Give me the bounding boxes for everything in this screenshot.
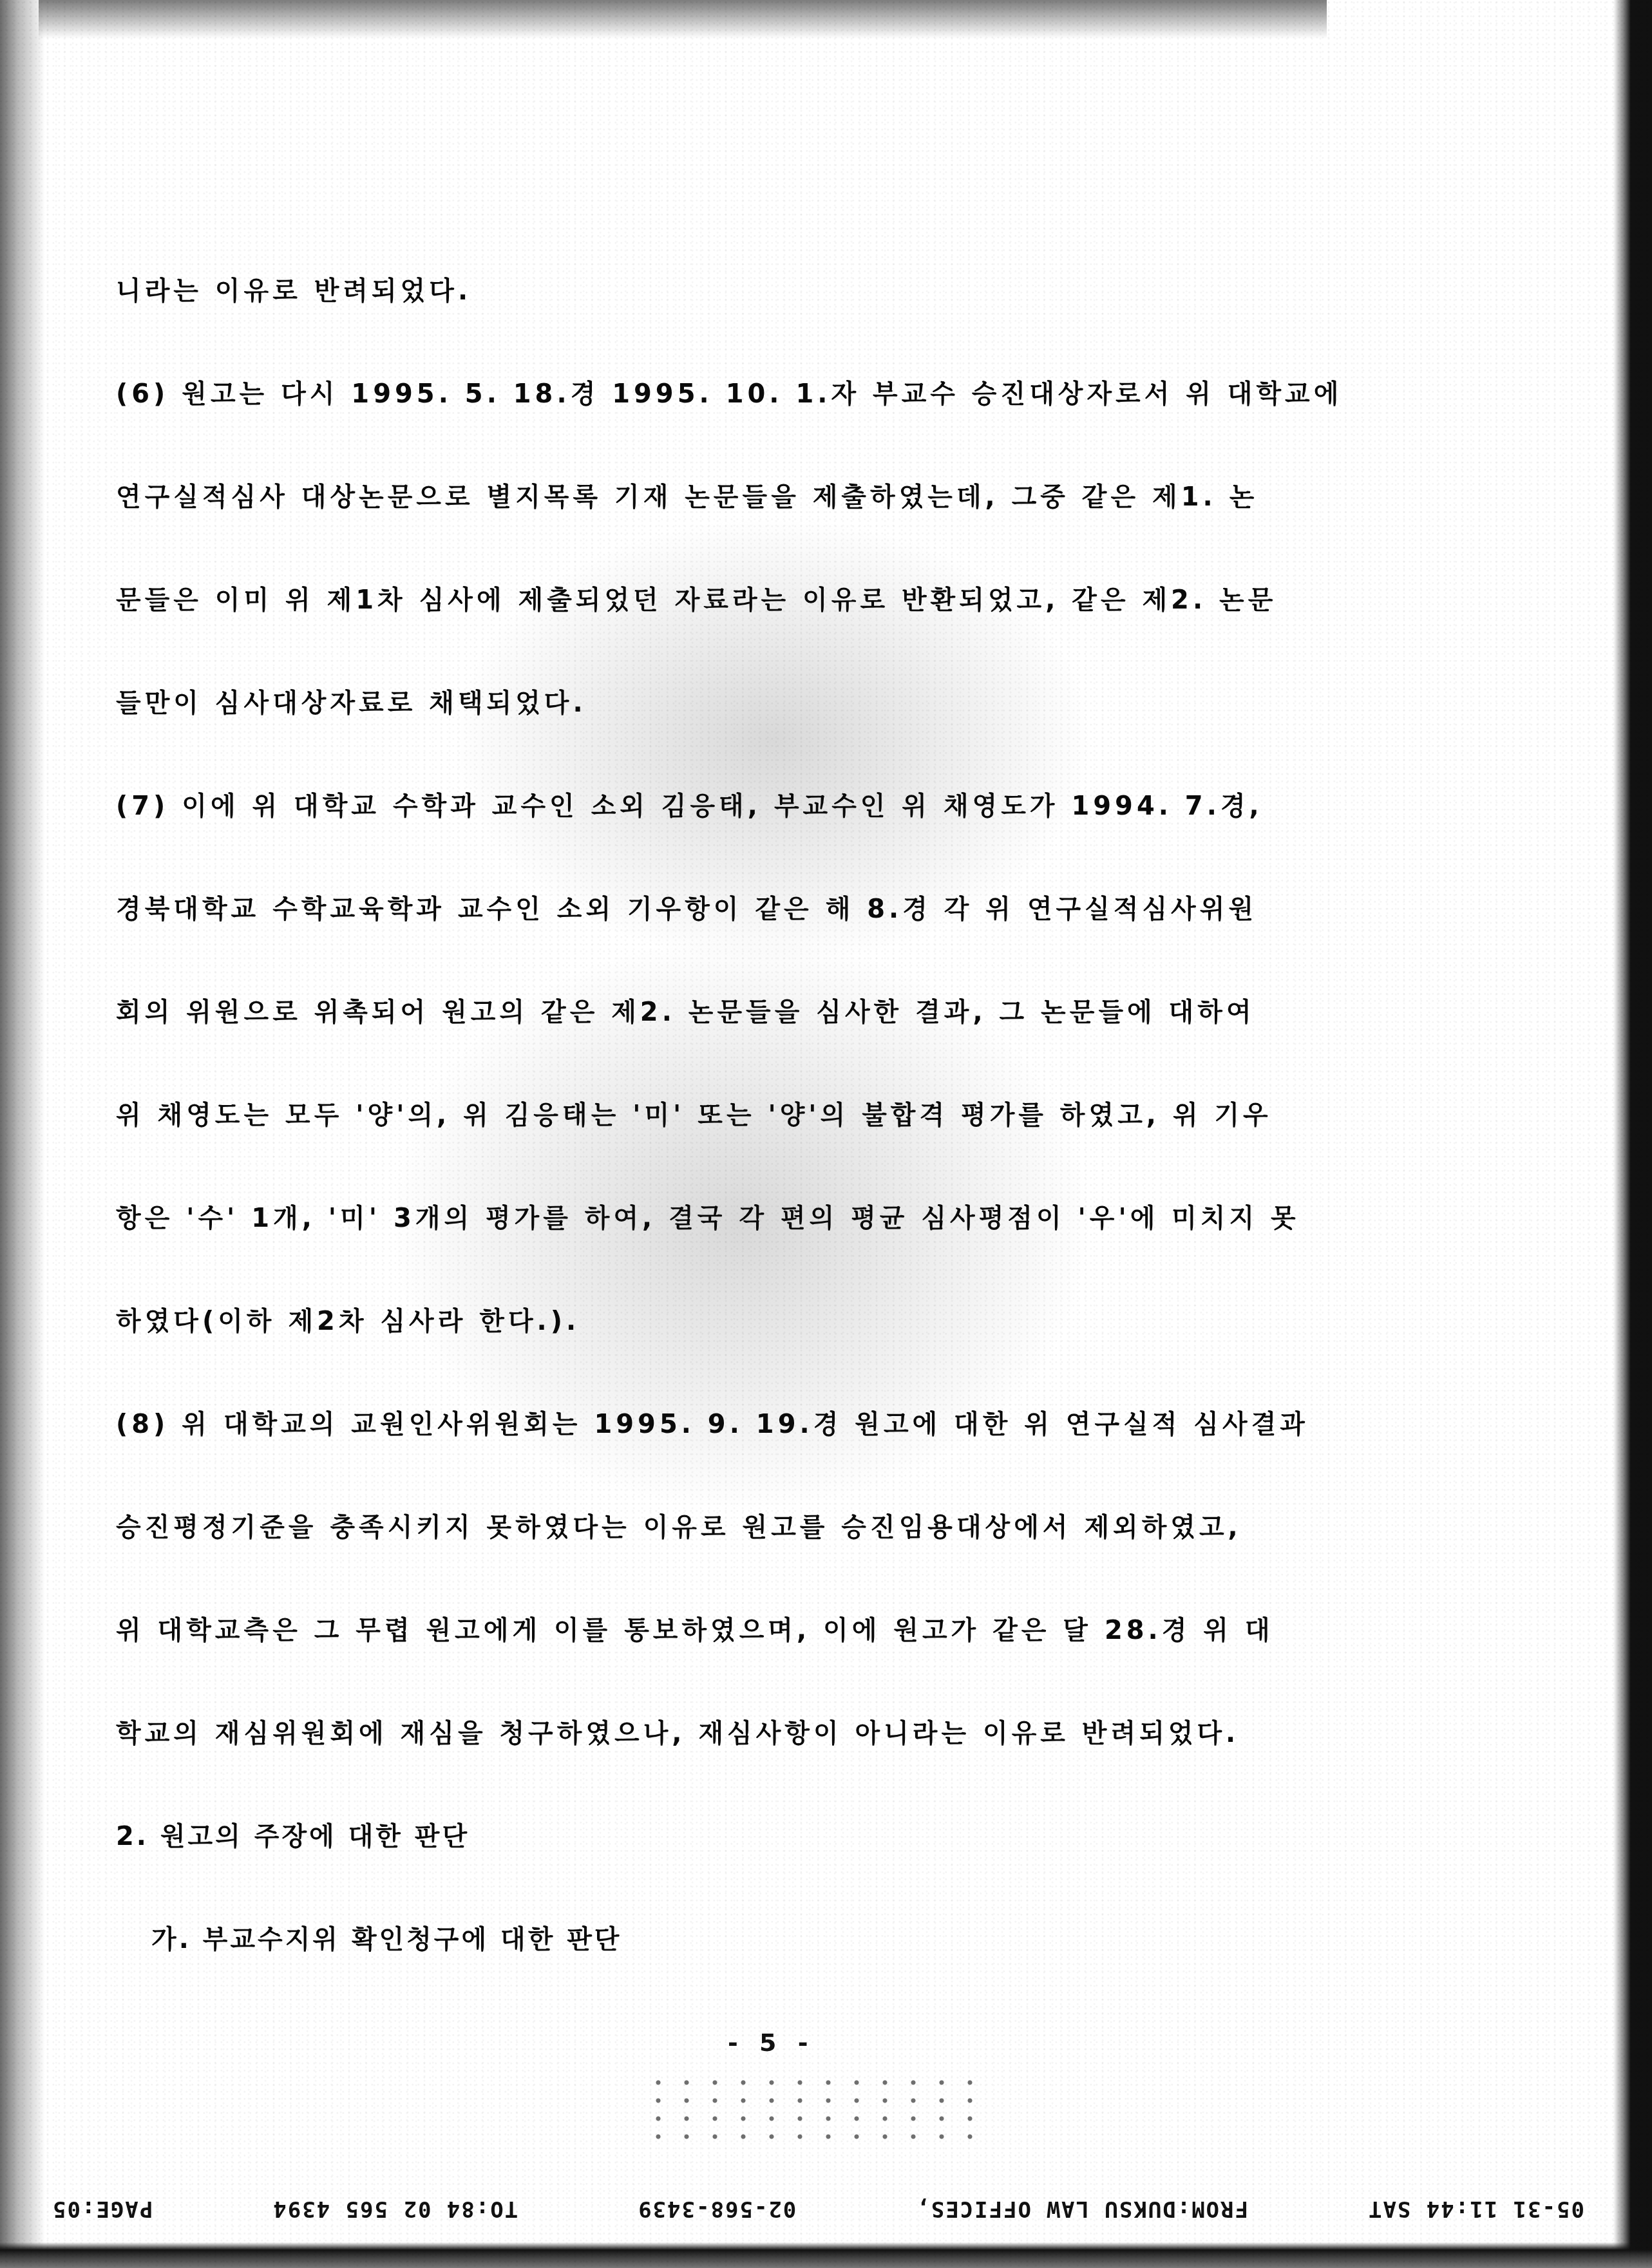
page-number: - 5 - [728,2028,814,2057]
fax-to: TO:84 02 565 4394 [272,2196,518,2222]
scan-edge-bottom [0,2242,1652,2268]
paragraph-line: 승진평정기준을 충족시키지 못하였다는 이유로 원고를 승진임용대상에서 제외하… [116,1507,1242,1544]
scan-edge-right [1613,0,1652,2268]
fax-dot-pattern [644,2074,979,2144]
paragraph-line: 문들은 이미 위 제1차 심사에 제출되었던 자료라는 이유로 반환되었고, 같… [116,580,1277,616]
paragraph-line: 위 대학교측은 그 무렵 원고에게 이를 통보하였으며, 이에 원고가 같은 달… [116,1610,1274,1647]
paragraph-line: 니라는 이유로 반려되었다. [116,270,471,307]
fax-date-time: 05-31 11:44 SAT [1367,2196,1584,2222]
subsection-heading: 가. 부교수지위 확인청구에 대한 판단 [151,1919,622,1956]
section-heading: 2. 원고의 주장에 대한 판단 [116,1816,470,1853]
paragraph-line: 연구실적심사 대상논문으로 별지목록 기재 논문들을 제출하였는데, 그중 같은… [116,477,1258,513]
fax-from-number: 02-568-3439 [637,2196,796,2222]
paragraph-line: 학교의 재심위원회에 재심을 청구하였으나, 재심사항이 아니라는 이유로 반려… [116,1713,1239,1750]
scan-edge-left [0,0,45,2268]
paragraph-line: 하였다(이하 제2차 심사라 한다.). [116,1301,580,1337]
paragraph-7-line: (7) 이에 위 대학교 수학과 교수인 소외 김응태, 부교수인 위 채영도가… [116,786,1263,822]
paragraph-line: 위 채영도는 모두 '양'의, 위 김응태는 '미' 또는 '양'의 불합격 평… [116,1095,1272,1131]
paragraph-line: 항은 '수' 1개, '미' 3개의 평가를 하여, 결국 각 편의 평균 심사… [116,1198,1300,1234]
paragraph-line: 경북대학교 수학교육학과 교수인 소외 기우항이 같은 해 8.경 각 위 연구… [116,889,1257,925]
scan-edge-top [39,0,1327,39]
paragraph-8-line: (8) 위 대학교의 교원인사위원회는 1995. 9. 19.경 원고에 대한… [116,1404,1309,1441]
paragraph-line: 들만이 심사대상자료로 채택되었다. [116,683,587,719]
fax-page: PAGE:05 [52,2196,153,2222]
fax-header: 05-31 11:44 SAT FROM:DUKSU LAW OFFICES, … [52,2189,1584,2228]
paragraph-line: 회의 위원으로 위촉되어 원고의 같은 제2. 논문들을 심사한 결과, 그 논… [116,992,1255,1028]
fax-from: FROM:DUKSU LAW OFFICES, [915,2196,1248,2222]
paragraph-6-line: (6) 원고는 다시 1995. 5. 18.경 1995. 10. 1.자 부… [116,373,1342,410]
